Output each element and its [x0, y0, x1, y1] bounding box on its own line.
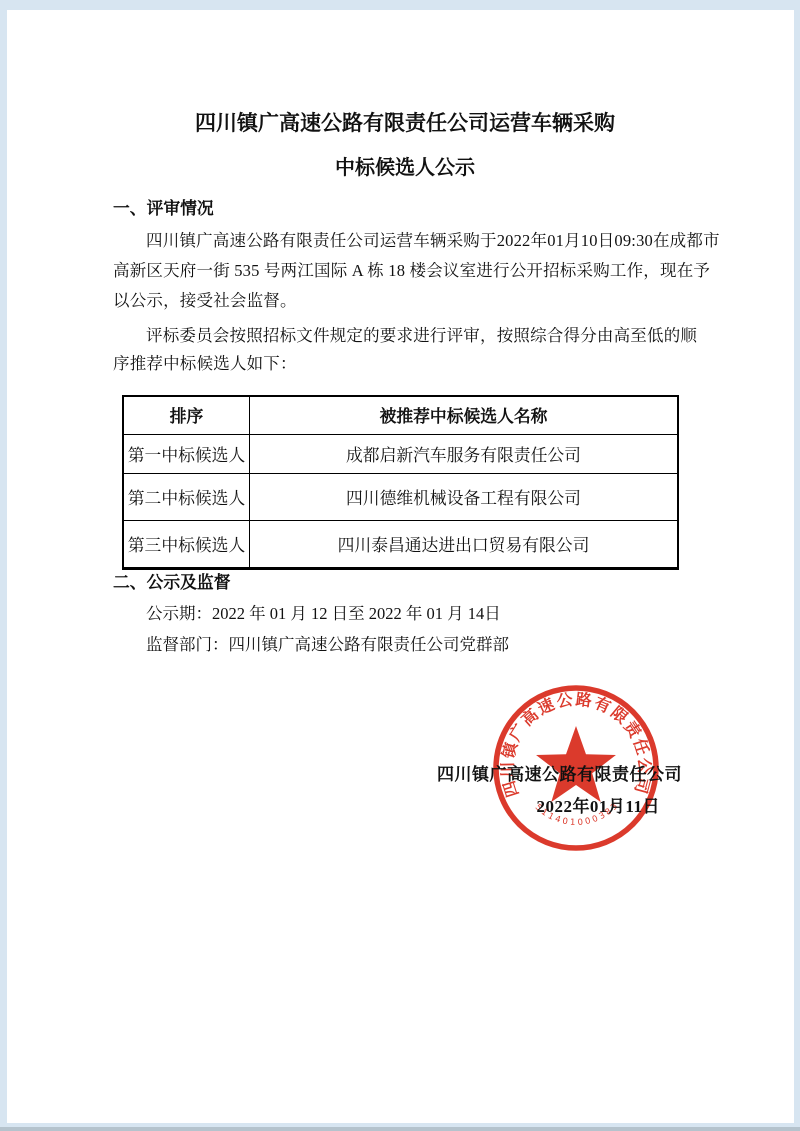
paragraph1-line1: 四川镇广高速公路有限责任公司运营车辆采购于2022年01月10日09:30在成都…	[113, 226, 697, 256]
cell-candidate-name: 四川泰昌通达进出口贸易有限公司	[250, 520, 679, 568]
table-header-row: 排序 被推荐中标候选人名称	[123, 396, 678, 434]
header-candidate-name: 被推荐中标候选人名称	[250, 396, 679, 434]
document-content: 四川镇广高速公路有限责任公司运营车辆采购 中标候选人公示 一、评审情况 四川镇广…	[113, 10, 697, 660]
table-row: 第三中标候选人 四川泰昌通达进出口贸易有限公司	[123, 520, 678, 568]
supervision-dept-line: 监督部门：四川镇广高速公路有限责任公司党群部	[113, 629, 697, 660]
candidates-table: 排序 被推荐中标候选人名称 第一中标候选人 成都启新汽车服务有限责任公司 第二中…	[122, 395, 679, 570]
paragraph1-line2: 高新区天府一街 535 号两江国际 A 栋 18 楼会议室进行公开招标采购工作，…	[113, 256, 697, 286]
scanned-notice-document: { "doc": { "title_line1": "四川镇广高速公路有限责任公…	[0, 0, 800, 1131]
page-bottom-edge	[0, 1127, 800, 1131]
paragraph2-line1: 评标委员会按照招标文件规定的要求进行评审，按照综合得分由高至低的顺	[113, 322, 697, 350]
table-row: 第二中标候选人 四川德维机械设备工程有限公司	[123, 473, 678, 520]
document-page: 四川镇广高速公路有限责任公司运营车辆采购 中标候选人公示 一、评审情况 四川镇广…	[7, 10, 794, 1123]
publicity-period-line: 公示期：2022 年 01 月 12 日至 2022 年 01 月 14日	[113, 598, 697, 629]
document-title-line2: 中标候选人公示	[113, 153, 697, 183]
paragraph2-line2: 序推荐中标候选人如下：	[113, 350, 697, 378]
cell-rank: 第三中标候选人	[123, 520, 250, 568]
cell-rank: 第一中标候选人	[123, 434, 250, 473]
paragraph1-line3: 以公示，接受社会监督。	[113, 286, 697, 316]
header-rank: 排序	[123, 396, 250, 434]
section2-heading: 二、公示及监督	[113, 572, 697, 594]
section1-paragraph2: 评标委员会按照招标文件规定的要求进行评审，按照综合得分由高至低的顺 序推荐中标候…	[113, 322, 697, 378]
signature-company-name: 四川镇广高速公路有限责任公司	[437, 760, 682, 785]
document-title-line1: 四川镇广高速公路有限责任公司运营车辆采购	[113, 108, 697, 138]
section1-paragraph1: 四川镇广高速公路有限责任公司运营车辆采购于2022年01月10日09:30在成都…	[113, 226, 697, 316]
section1-heading: 一、评审情况	[113, 198, 697, 220]
signature-date: 2022年01月11日	[536, 792, 660, 817]
cell-rank: 第二中标候选人	[123, 473, 250, 520]
cell-candidate-name: 四川德维机械设备工程有限公司	[250, 473, 679, 520]
cell-candidate-name: 成都启新汽车服务有限责任公司	[250, 434, 679, 473]
table-row: 第一中标候选人 成都启新汽车服务有限责任公司	[123, 434, 678, 473]
